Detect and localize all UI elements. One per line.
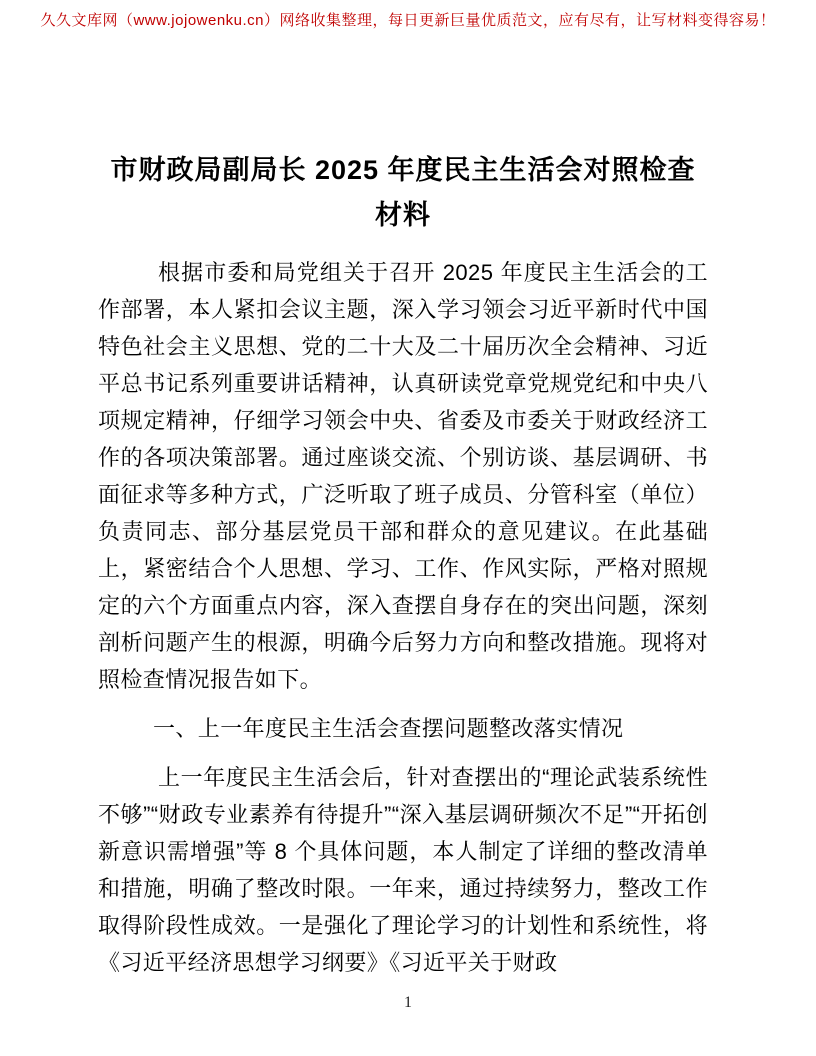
watermark-header-notice: 久久文库网（www.jojowenku.cn）网络收集整理，每日更新巨量优质范文… [0, 9, 816, 30]
paragraph-intro: 根据市委和局党组关于召开 2025 年度民主生活会的工作部署，本人紧扣会议主题，… [98, 254, 708, 698]
page-number: 1 [0, 994, 816, 1012]
document-content: 市财政局副局长 2025 年度民主生活会对照检查材料 根据市委和局党组关于召开 … [98, 148, 708, 981]
section-heading-1: 一、上一年度民主生活会查摆问题整改落实情况 [98, 710, 708, 747]
paragraph-rectification: 上一年度民主生活会后，针对查摆出的“理论武装系统性不够”“财政专业素养有待提升”… [98, 759, 708, 981]
page-title: 市财政局副局长 2025 年度民主生活会对照检查材料 [98, 148, 708, 238]
document-page: 久久文库网（www.jojowenku.cn）网络收集整理，每日更新巨量优质范文… [0, 0, 816, 1056]
